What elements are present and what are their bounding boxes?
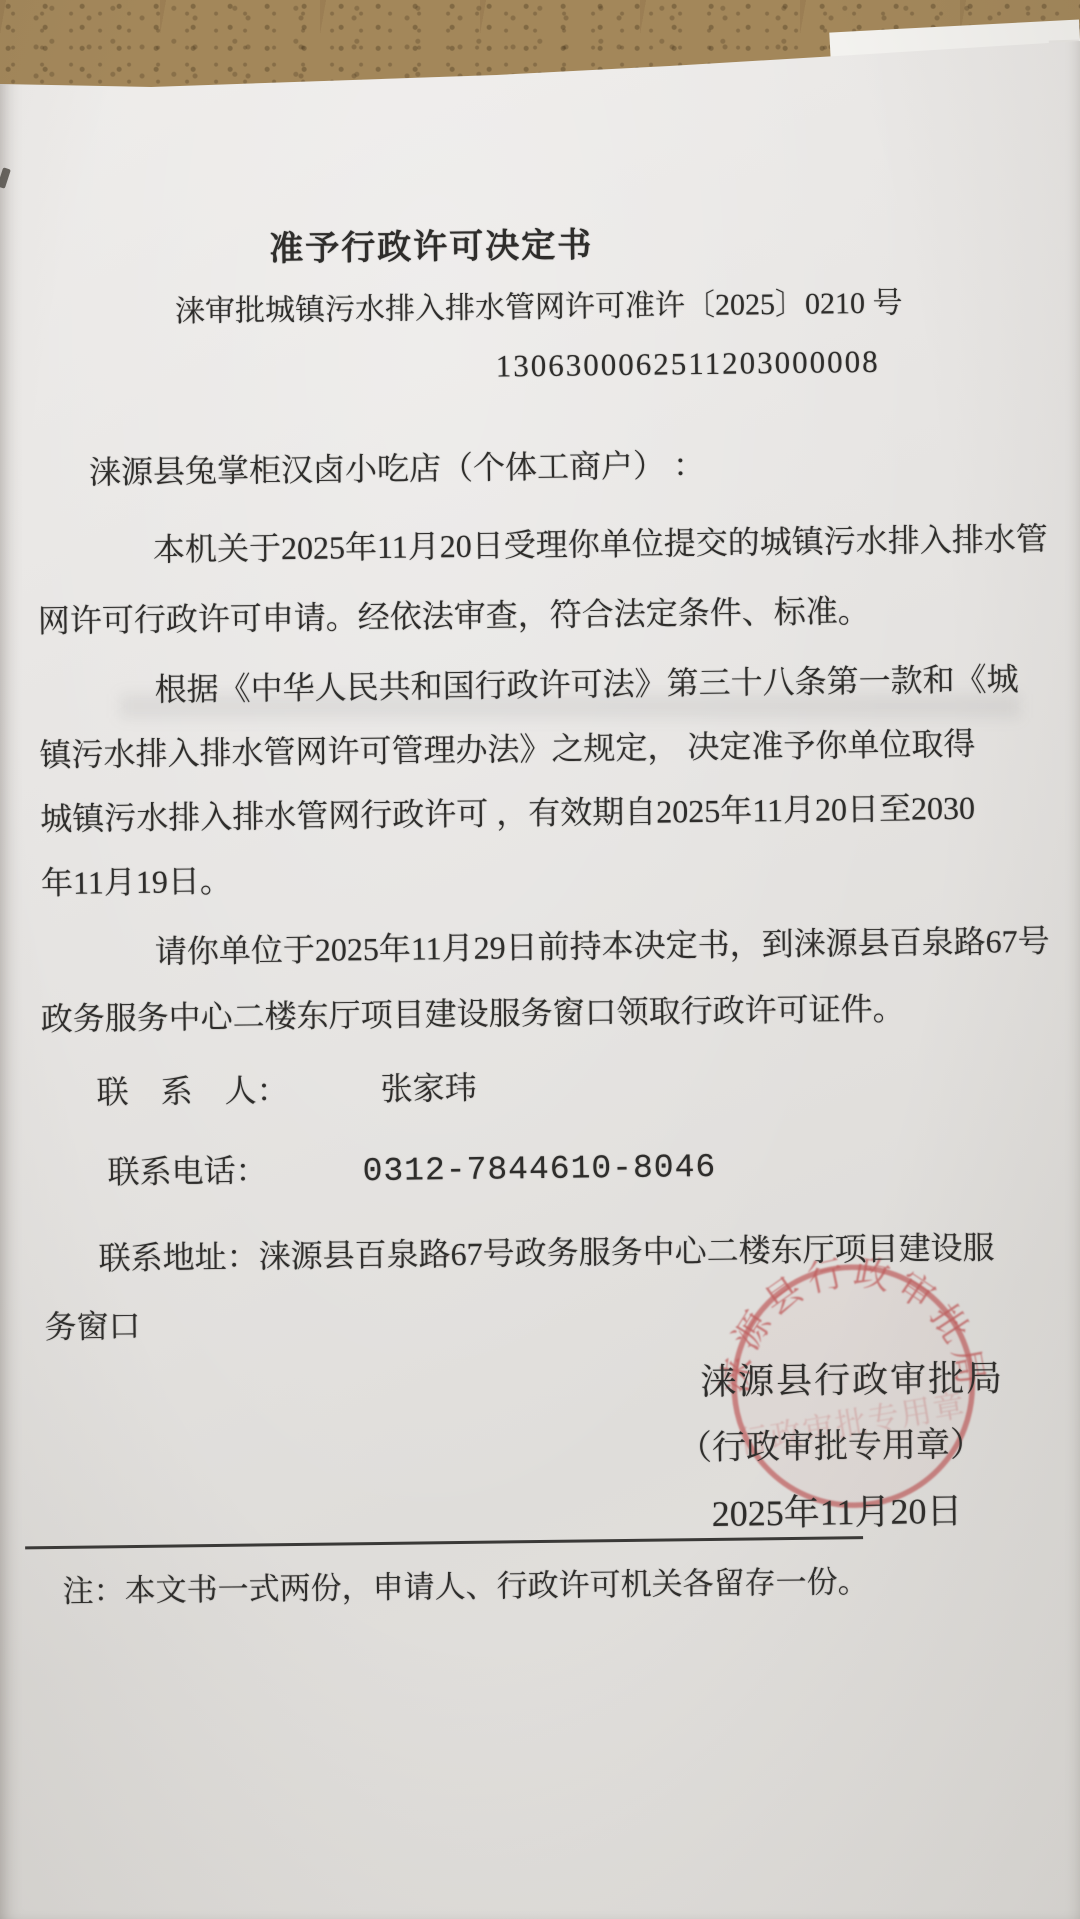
document-content: 涞源县行政审批局 行政审批专用章 准予行政许可决定书 涞审批城镇污水排入排水管网… — [0, 0, 1080, 1919]
contact-phone-value: 0312-7844610-8046 — [362, 1149, 716, 1190]
footnote: 注：本文书一式两份，申请人、行政许可机关各留存一份。 — [62, 1556, 868, 1611]
serial-number: 1306300062511203000008 — [496, 344, 880, 385]
document-number: 涞审批城镇污水排入排水管网许可准许〔2025〕0210 号 — [175, 278, 903, 331]
contact-person-label: 联 系 人： — [96, 1072, 288, 1110]
paragraph-3-line-1: 请你单位于2025年11月29日前持本决定书，到涞源县百泉路67号 — [155, 916, 1050, 973]
contact-phone-label: 联系电话： — [107, 1152, 267, 1190]
salutation: 涞源县兔掌柜汉卤小吃店（个体工商户） ： — [89, 440, 706, 494]
document-title: 准予行政许可决定书 — [269, 217, 594, 270]
paragraph-1-line-2: 网许可行政许可申请。经依法审查，符合法定条件、标准。 — [38, 586, 871, 642]
paragraph-2-line-1: 根据《中华人民共和国行政许可法》第三十八条第一款和《城 — [154, 654, 1019, 711]
paragraph-1-line-1: 本机关于2025年11月20日受理你单位提交的城镇污水排入排水管 — [153, 514, 1048, 571]
photo-of-document: 涞源县行政审批局 行政审批专用章 准予行政许可决定书 涞审批城镇污水排入排水管网… — [0, 0, 1080, 1919]
contact-phone-row: 联系电话：0312-7844610-8046 — [107, 1140, 716, 1193]
paragraph-2-line-2: 镇污水排入排水管网许可管理办法》之规定， 决定准予你单位取得 — [39, 719, 976, 776]
contact-person-value: 张家玮 — [380, 1070, 476, 1107]
paragraph-3-line-2: 政务服务中心二楼东厅项目建设服务窗口领取行政许可证件。 — [40, 984, 905, 1041]
paragraph-2-line-3: 城镇污水排入排水管网行政许可 ，有效期自2025年11月20日至2030 — [40, 783, 975, 840]
contact-person-row: 联 系 人：张家玮 — [96, 1063, 477, 1114]
signature-agency: 涞源县行政审批局 — [700, 1350, 1005, 1405]
footnote-divider — [25, 1536, 863, 1549]
contact-address-line-2: 务窗口 — [44, 1301, 141, 1348]
signature-seal-note: （行政审批专用章） — [678, 1417, 985, 1470]
signature-date: 2025年11月20日 — [711, 1483, 962, 1537]
paragraph-2-line-4: 年11月19日。 — [41, 856, 232, 904]
